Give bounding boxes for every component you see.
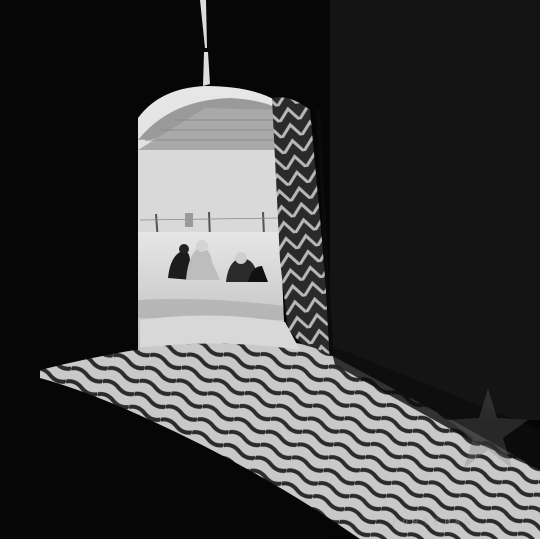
photo-scene: [0, 0, 540, 539]
watermark-text: FORTEPAN: [392, 518, 475, 528]
photograph: FORTEPAN: [0, 0, 540, 539]
right-wall: [330, 0, 540, 420]
